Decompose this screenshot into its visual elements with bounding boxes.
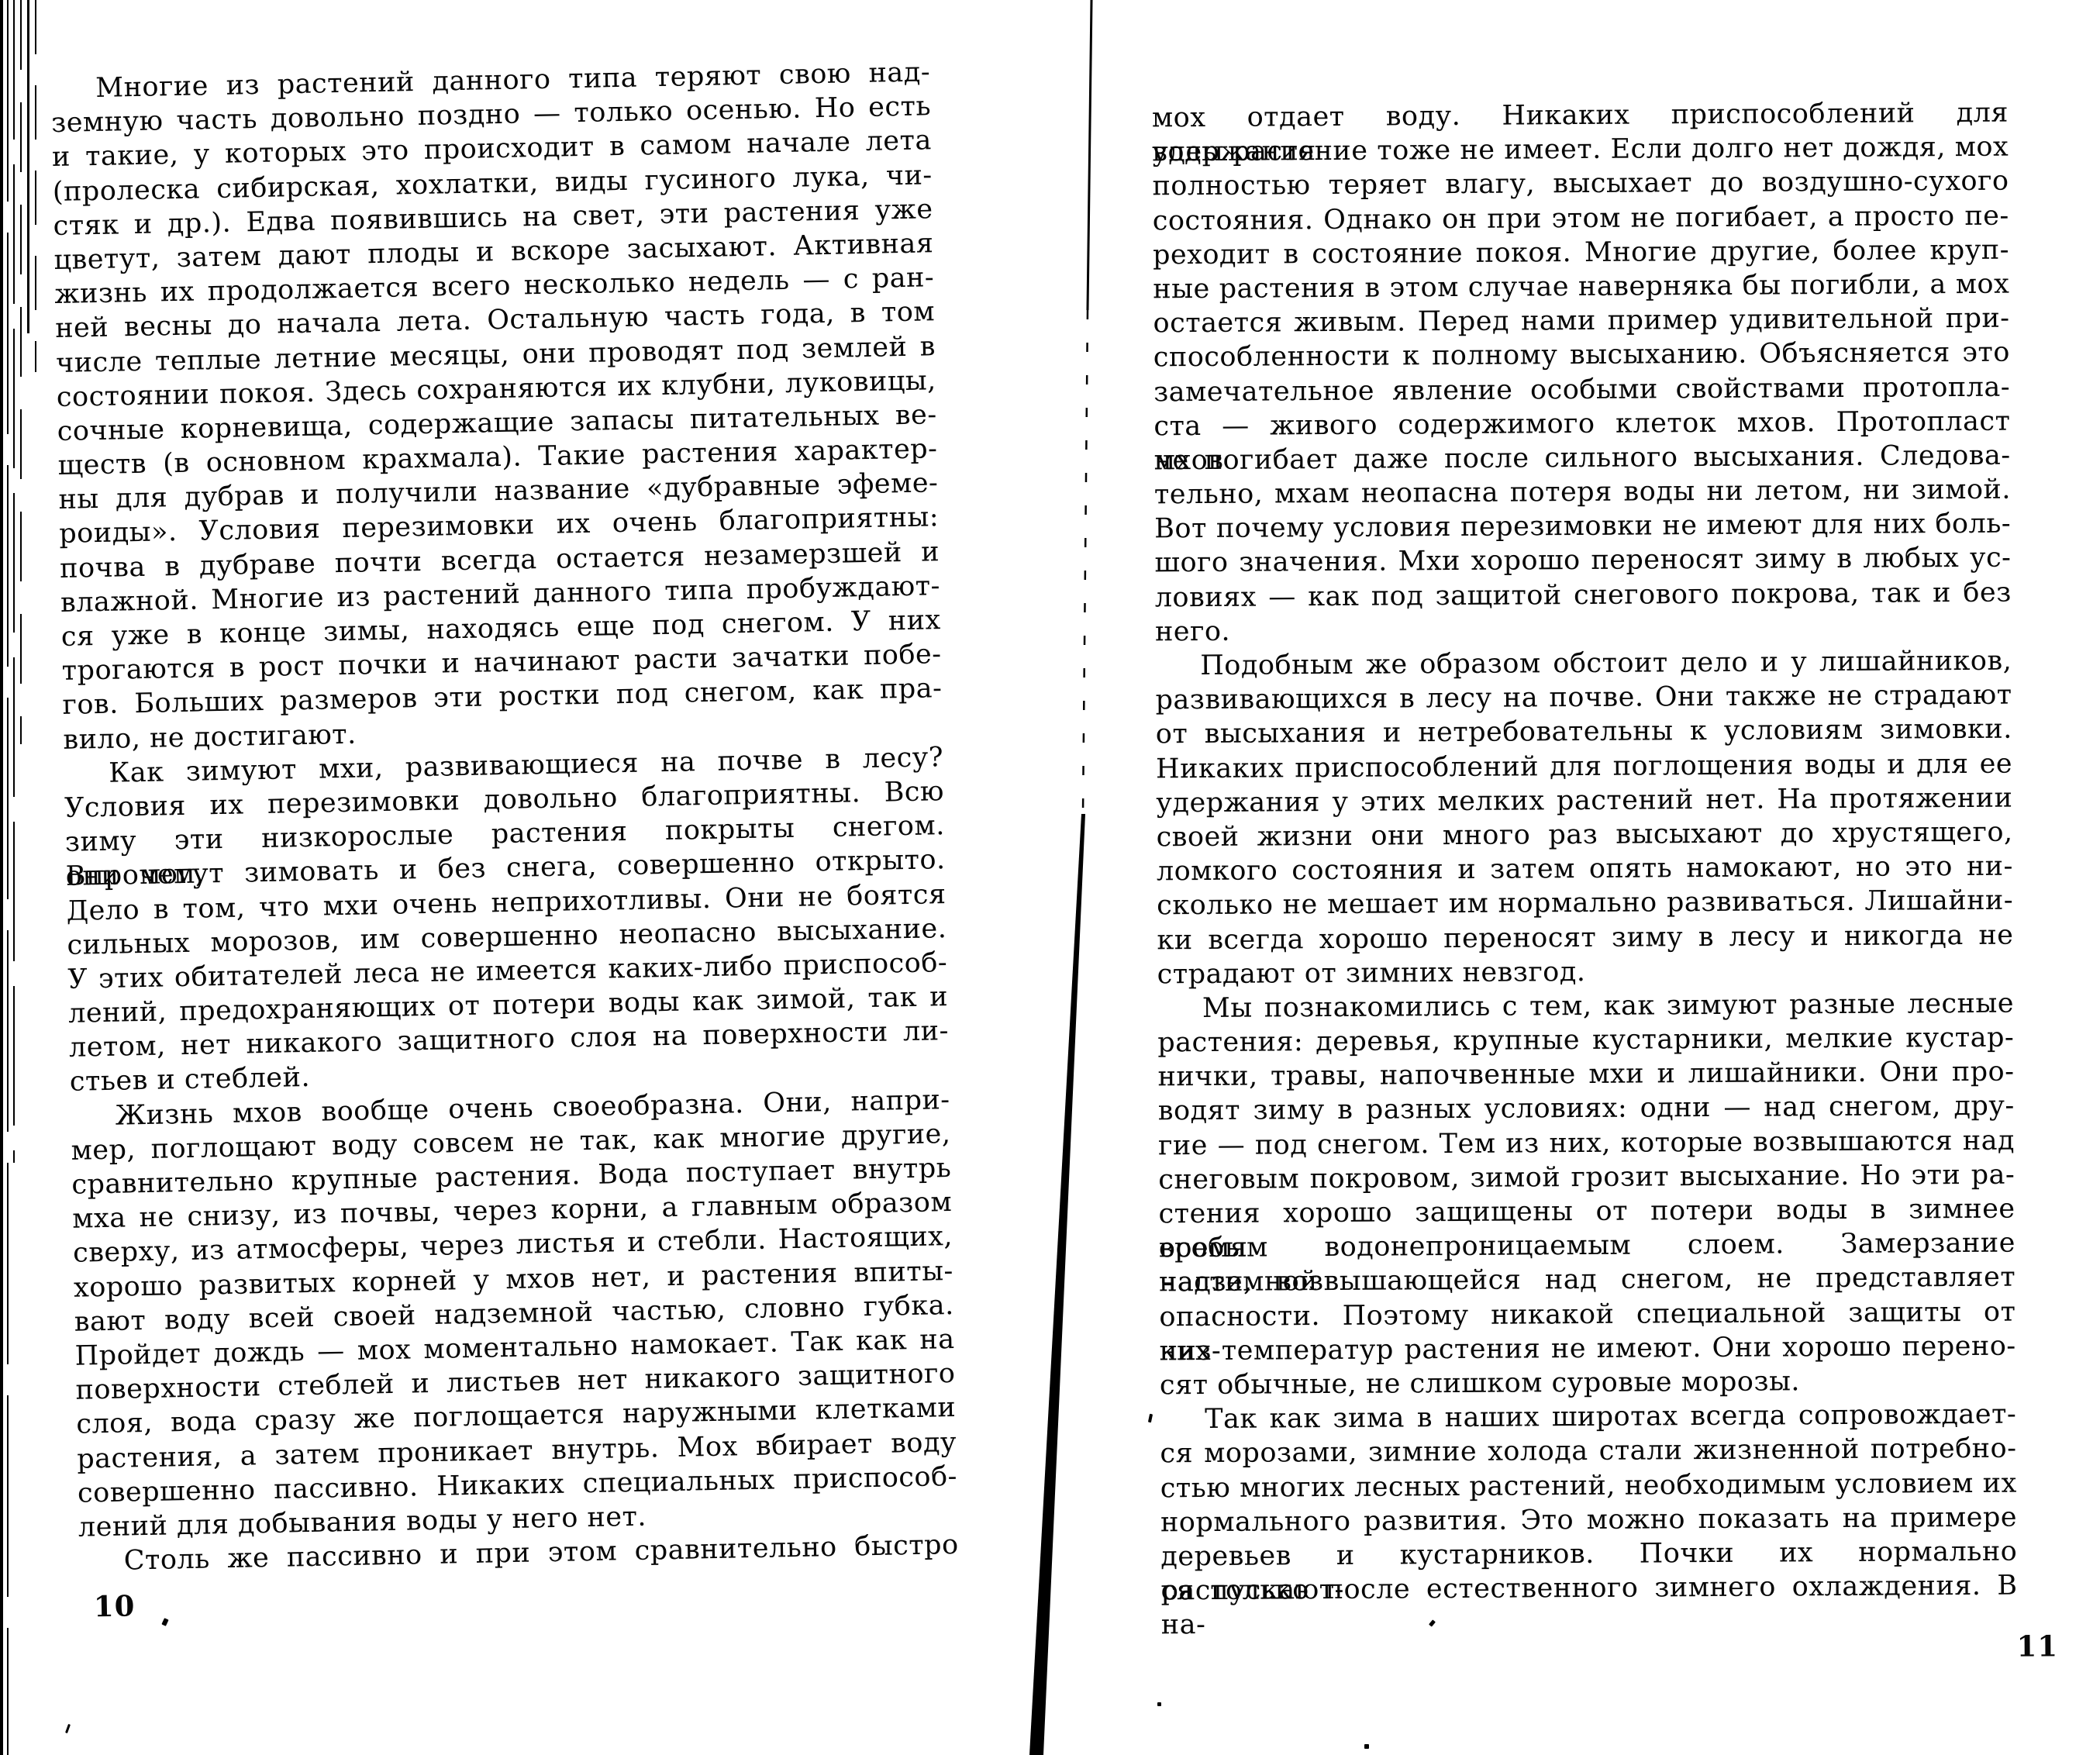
- text-line: ки всегда хорошо переносят зиму в лесу и…: [1157, 918, 2013, 957]
- text-line: нормального развития. Это можно показать…: [1160, 1500, 2017, 1540]
- text-line: Никаких приспособлений для поглощения во…: [1156, 746, 2012, 786]
- text-line: удержания у этих мелких растений нет. На…: [1156, 781, 2012, 820]
- text-line: состояния. Однако он при этом не погибае…: [1153, 198, 2009, 238]
- text-line: Так как зима в наших широтах всегда сопр…: [1160, 1398, 2016, 1437]
- right-page: мох отдает воду. Никаких приспособлений …: [1152, 96, 2018, 1669]
- text-line: него.: [1155, 609, 2012, 649]
- text-line: тельно, мхам неопасна потеря воды ни лет…: [1154, 473, 2011, 512]
- text-line: нички, травы, напочвенные мхи и лишайник…: [1157, 1055, 2014, 1095]
- scan-speck: [1364, 1744, 1369, 1749]
- left-page: Многие из растений данного типа теряют с…: [50, 55, 960, 1624]
- book-spread: Многие из растений данного типа теряют с…: [0, 0, 2100, 1755]
- left-page-number: 10: [93, 1573, 974, 1624]
- text-line: деревьев и кустарников. Почки их нормаль…: [1160, 1534, 2017, 1574]
- text-line: не погибает даже после сильного высыхани…: [1154, 439, 2011, 478]
- scan-edge-artifact: [0, 0, 3, 1755]
- text-line: части, возвышающейся над снегом, не пред…: [1159, 1260, 2016, 1300]
- scan-edge-artifact: [7, 0, 9, 1755]
- text-line: сколько не мешает им нормально развивать…: [1157, 884, 2013, 923]
- text-line: опасности. Поэтому никакой специальной з…: [1159, 1295, 2016, 1334]
- text-line: полностью теряет влагу, высыхает до возд…: [1152, 164, 2009, 204]
- text-line: ные растения в этом случае наверняка бы …: [1153, 267, 2009, 307]
- text-line: ся морозами, зимние холода стали жизненн…: [1160, 1432, 2016, 1471]
- right-page-text: мох отдает воду. Никаких приспособлений …: [1152, 96, 2018, 1608]
- text-line: реходит в состояние покоя. Многие другие…: [1153, 233, 2009, 272]
- left-page-text: Многие из растений данного типа теряют с…: [50, 55, 959, 1579]
- text-line: развивающихся в лесу на почве. Они также…: [1155, 678, 2012, 718]
- text-line: сят обычные, не слишком суровые морозы.: [1160, 1364, 2016, 1403]
- text-line: водят зиму в разных условиях: одни — над…: [1158, 1089, 2015, 1129]
- scan-edge-artifact: [35, 0, 36, 372]
- text-line: ких температур растения не имеют. Они хо…: [1160, 1329, 2016, 1368]
- text-line: замечательное явление особыми свойствами…: [1153, 370, 2010, 409]
- scan-speck: [65, 1724, 71, 1733]
- text-line: стью многих лесных растений, необходимым…: [1160, 1466, 2017, 1505]
- text-line: мох отдает воду. Никаких приспособлений …: [1152, 96, 2009, 136]
- text-line: шого значения. Мхи хорошо переносят зиму…: [1154, 541, 2011, 581]
- text-line: ся только после естественного зимнего ох…: [1160, 1569, 2017, 1608]
- scan-speck: [1157, 1702, 1161, 1706]
- scan-edge-artifact: [20, 0, 22, 744]
- scan-speck: [1148, 1414, 1153, 1423]
- text-line: стения хорошо защищены от потери воды в …: [1158, 1192, 2015, 1232]
- text-line: ловиях — как под защитой снегового покро…: [1155, 575, 2012, 615]
- scan-edge-artifact: [27, 0, 29, 333]
- text-line: снеговым покровом, зимой грозит высыхани…: [1158, 1157, 2015, 1197]
- scan-edge-artifact: [13, 0, 15, 1163]
- text-line: особым водонепроницаемым слоем. Замерзан…: [1159, 1226, 2016, 1266]
- text-line: растения: деревья, крупные кустарники, м…: [1157, 1021, 2014, 1060]
- text-line: ста — живого содержимого клеток мхов. Пр…: [1153, 404, 2010, 443]
- text-line: воды растение тоже не имеет. Если долго …: [1152, 130, 2009, 170]
- text-line: Мы познакомились с тем, как зимуют разны…: [1157, 986, 2014, 1026]
- text-line: Подобным же образом обстоит дело и у лиш…: [1155, 644, 2012, 684]
- text-line: ломкого состояния и затем опять намокают…: [1157, 850, 2013, 889]
- text-line: страдают от зимних невзгод.: [1157, 952, 2014, 991]
- text-line: своей жизни они много раз высыхают до хр…: [1157, 815, 2013, 855]
- text-line: способленности к полному высыханию. Объя…: [1153, 336, 2010, 375]
- text-line: от высыхания и нетребовательны к условия…: [1156, 712, 2012, 752]
- text-line: гие — под снегом. Тем из них, которые во…: [1158, 1123, 2015, 1163]
- text-line: Вот почему условия перезимовки не имеют …: [1154, 507, 2011, 546]
- right-page-number: 11: [1202, 1629, 2058, 1669]
- text-line: остается живым. Перед нами пример удивит…: [1153, 302, 2009, 341]
